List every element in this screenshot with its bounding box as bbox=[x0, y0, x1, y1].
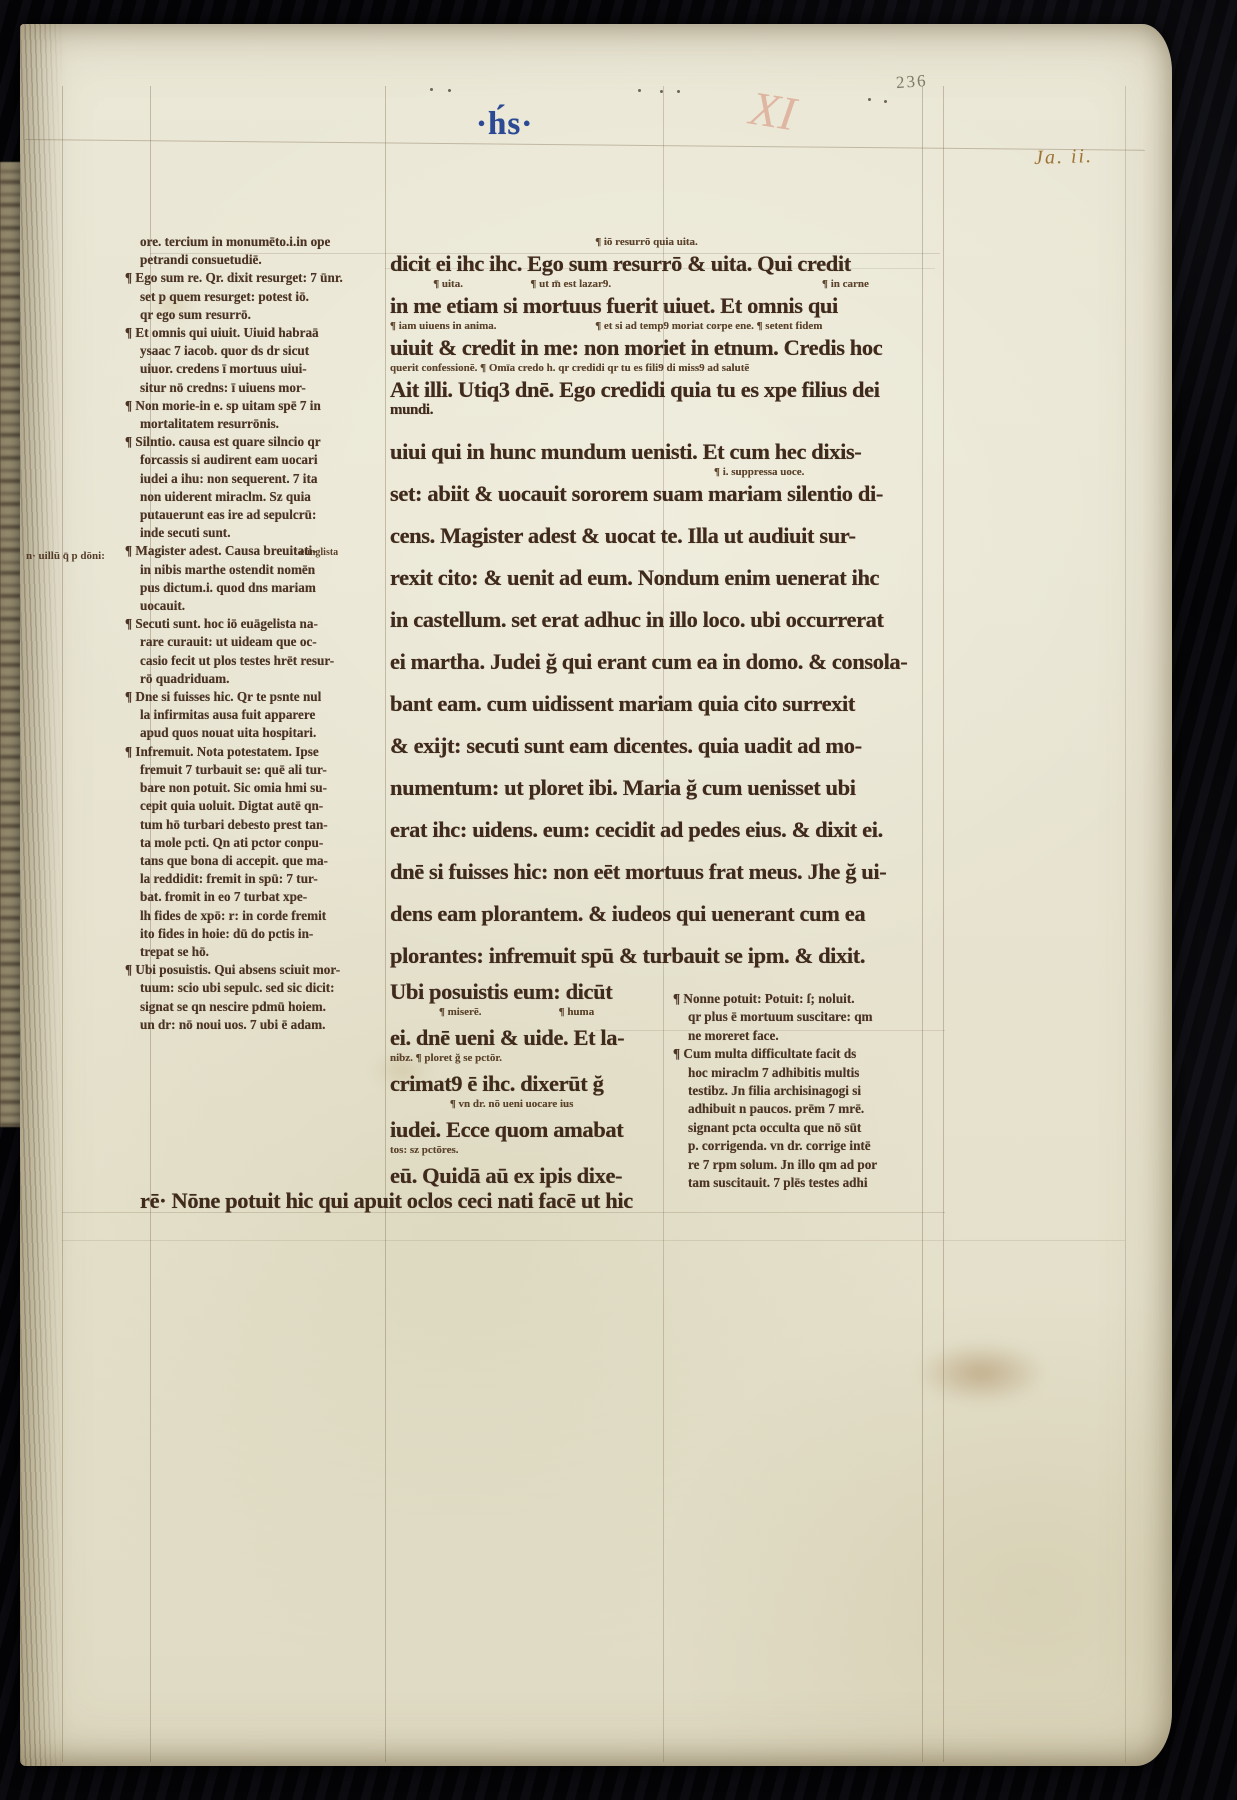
text-line: plorantes: infremuit spū & turbauit se i… bbox=[390, 943, 865, 969]
text-row: Ubi posuistis eum: dicūt bbox=[390, 972, 662, 1006]
quire-numeral-red: XI bbox=[746, 81, 799, 142]
main-text-narrow-column: Ubi posuistis eum: dicūt¶ miserē.¶ humae… bbox=[390, 972, 662, 1190]
ruling-vertical bbox=[943, 86, 944, 1762]
text-row: bant eam. cum uidissent mariam quia cito… bbox=[390, 676, 930, 718]
manuscript-line: ¶ Secuti sunt. hoc iō euāgelista na- bbox=[140, 615, 398, 633]
text-line: mundi. bbox=[390, 397, 433, 423]
ihs-monogram: ·h́s· bbox=[476, 106, 533, 143]
manuscript-line: adhibuit n paucos. prēm 7 mrē. bbox=[688, 1100, 940, 1118]
text-row: dens eam plorantem. & iudeos qui ueneran… bbox=[390, 886, 930, 928]
ruling-vertical bbox=[62, 86, 63, 1762]
manuscript-line: signat se qn nescire pdmū hoiem. bbox=[140, 998, 398, 1016]
interlinear-gloss: ¶ iam uiuens in anima.¶ et si ad temp9 m… bbox=[390, 320, 930, 334]
text-line: rexit cito: & uenit ad eum. Nondum enim … bbox=[390, 565, 879, 591]
manuscript-line: set p quem resurget: potest iō. bbox=[140, 288, 398, 306]
folio-number-pencil: 236 bbox=[895, 71, 928, 93]
manuscript-line: ta mole pcti. Qn ati pctor conpu- bbox=[140, 834, 398, 852]
text-line: eū. Quidā aū ex ipis dixe- bbox=[390, 1163, 622, 1189]
interlinear-gloss: ¶ miserē.¶ huma bbox=[390, 1006, 662, 1020]
text-row: erat ihc: uidens. eum: cecidit ad pedes … bbox=[390, 802, 930, 844]
manuscript-line: ¶ Dne si fuisses hic. Qr te psnte nul bbox=[140, 688, 398, 706]
right-gloss-column: ¶ Nonne potuit: Potuit: ſ; noluit.qr plu… bbox=[688, 990, 940, 1192]
gloss-segment: ¶ iō resurrō quia uita. bbox=[595, 236, 698, 248]
manuscript-line: inde secuti sunt. bbox=[140, 524, 398, 542]
manuscript-line: rare curauit: ut uideam que oc- bbox=[140, 633, 398, 651]
manuscript-line: bat. fromit in eo 7 turbat xpe- bbox=[140, 888, 398, 906]
text-row: ¶ i. suppressa uoce.set: abiit & uocauit… bbox=[390, 466, 930, 508]
pricking-dot bbox=[677, 90, 680, 93]
gloss-segment: querit confessionē. ¶ Omīa credo h. qr c… bbox=[390, 362, 749, 374]
text-line: dnē si fuisses hic: non eēt mortuus frat… bbox=[390, 859, 886, 885]
gloss-segment: ¶ i. suppressa uoce. bbox=[714, 466, 804, 478]
text-row: in castellum. set erat adhuc in illo loc… bbox=[390, 592, 930, 634]
text-line: Ubi posuistis eum: dicūt bbox=[390, 979, 612, 1005]
manuscript-line: ¶ Magister adest. Causa breuitati- bbox=[140, 542, 398, 560]
pricking-dot bbox=[638, 89, 641, 92]
text-line: ei. dnē ueni & uide. Et la- bbox=[390, 1025, 624, 1051]
gloss-segment: ¶ miserē. bbox=[439, 1006, 482, 1018]
text-line: iudei. Ecce quom amabat bbox=[390, 1117, 623, 1143]
text-row: plorantes: infremuit spū & turbauit se i… bbox=[390, 928, 930, 970]
text-line: uiui qui in hunc mundum uenisti. Et cum … bbox=[390, 439, 861, 465]
manuscript-line: situr nō credns: ī uiuens mor- bbox=[140, 379, 398, 397]
manuscript-line: mortalitatem resurrōnis. bbox=[140, 415, 398, 433]
manuscript-line: petrandi consuetudiē. bbox=[140, 251, 398, 269]
manuscript-line: la reddidit: fremit in spū: 7 tur- bbox=[140, 870, 398, 888]
manuscript-line: un dr: nō noui uos. 7 ubi ē adam. bbox=[140, 1016, 398, 1034]
manuscript-line: ne moreret face. bbox=[688, 1027, 940, 1045]
interlinear-gloss: querit confessionē. ¶ Omīa credo h. qr c… bbox=[390, 362, 930, 376]
manuscript-line: uiuor. credens ī mortuus uiui- bbox=[140, 360, 398, 378]
marginal-note: n· uillū q̄ p dōni: bbox=[26, 550, 105, 562]
text-line: numentum: ut ploret ibi. Maria ğ cum uen… bbox=[390, 775, 856, 801]
gloss-segment: ¶ ut m̄ est lazar9. bbox=[530, 278, 611, 290]
manuscript-line: ¶ Et omnis qui uiuit. Uiuid habraā bbox=[140, 324, 398, 342]
pricking-dot bbox=[868, 98, 871, 101]
manuscript-line: lh fides de xpō: r: in corde fremit bbox=[140, 907, 398, 925]
text-row: cens. Magister adest & uocat te. Illa ut… bbox=[390, 508, 930, 550]
text-row: querit confessionē. ¶ Omīa credo h. qr c… bbox=[390, 362, 930, 404]
text-row: ei martha. Judei ğ qui erant cum ea in d… bbox=[390, 634, 930, 676]
manuscript-line: ¶ Ego sum re. Qr. dixit resurget: 7 ūnr. bbox=[140, 269, 398, 287]
manuscript-line: tuum: scio ubi sepulc. sed sic dicit: bbox=[140, 979, 398, 997]
manuscript-line: p. corrigenda. vn dr. corrige intē bbox=[688, 1137, 940, 1155]
manuscript-line: ¶ Infremuit. Nota potestatem. Ipse bbox=[140, 743, 398, 761]
manuscript-line: cepit quia uoluit. Digtat autē qn- bbox=[140, 797, 398, 815]
manuscript-line: tam suscitauit. 7 plēs testes adhi bbox=[688, 1174, 940, 1192]
text-row: & exijt: secuti sunt eam dicentes. quia … bbox=[390, 718, 930, 760]
manuscript-line: la infirmitas ausa fuit apparere bbox=[140, 706, 398, 724]
manuscript-line: re 7 rpm solum. Jn illo qm ad por bbox=[688, 1156, 940, 1174]
manuscript-line: bare non potuit. Sic omia hmi su- bbox=[140, 779, 398, 797]
manuscript-line: ysaac 7 iacob. quor ds dr sicut bbox=[140, 342, 398, 360]
text-line: cens. Magister adest & uocat te. Illa ut… bbox=[390, 523, 856, 549]
interlinear-gloss: ¶ iō resurrō quia uita. bbox=[390, 236, 930, 250]
manuscript-line: ¶ Ubi posuistis. Qui absens sciuit mor- bbox=[140, 961, 398, 979]
gloss-segment: tos: sz pctōres. bbox=[390, 1144, 459, 1156]
gloss-segment: ¶ in carne bbox=[822, 278, 869, 290]
gloss-segment: ¶ vn dr. nō ueni uocare ius bbox=[450, 1098, 574, 1110]
manuscript-line: putauerunt eas ire ad sepulcrū: bbox=[140, 506, 398, 524]
interlinear-gloss: nibz. ¶ ploret ğ se pctōr. bbox=[390, 1052, 662, 1066]
gloss-segment: nibz. ¶ ploret ğ se pctōr. bbox=[390, 1052, 502, 1064]
text-line: Ait illi. Utiq3 dnē. Ego credidi quia tu… bbox=[390, 377, 880, 403]
pricking-dot bbox=[660, 90, 663, 93]
manuscript-line: trepat se hō. bbox=[140, 943, 398, 961]
manuscript-line: uocauit. bbox=[140, 597, 398, 615]
text-row: ¶ uita.¶ ut m̄ est lazar9.¶ in carnein m… bbox=[390, 278, 930, 320]
manuscript-line: tum hō turbari debesto prest tan- bbox=[140, 816, 398, 834]
gutter-page-edges bbox=[20, 24, 64, 1766]
text-line: ei martha. Judei ğ qui erant cum ea in d… bbox=[390, 649, 907, 675]
interlinear-gloss: tos: sz pctōres. bbox=[390, 1144, 662, 1158]
manuscript-line: rō quadriduam. bbox=[140, 670, 398, 688]
text-row: mundi. bbox=[390, 404, 930, 424]
interlinear-gloss: ¶ uita.¶ ut m̄ est lazar9.¶ in carne bbox=[390, 278, 930, 292]
gloss-segment: ¶ huma bbox=[559, 1006, 595, 1018]
ruling-vertical bbox=[1125, 86, 1126, 1762]
manuscript-line: signant pcta occulta que nō sūt bbox=[688, 1119, 940, 1137]
left-gloss-column: ore. tercium in monumēto.i.in opepetrand… bbox=[140, 233, 398, 1034]
text-line: bant eam. cum uidissent mariam quia cito… bbox=[390, 691, 855, 717]
manuscript-line: non uiderent miraclm. Sz quia bbox=[140, 488, 398, 506]
manuscript-line: ¶ Cum multa difficultate facit ds bbox=[688, 1045, 940, 1063]
pricking-dot bbox=[884, 100, 887, 103]
manuscript-line: casio fecit ut plos testes hrēt resur- bbox=[140, 652, 398, 670]
manuscript-line: ¶ Nonne potuit: Potuit: ſ; noluit. bbox=[688, 990, 940, 1008]
text-row: ¶ iam uiuens in anima.¶ et si ad temp9 m… bbox=[390, 320, 930, 362]
manuscript-line: hoc miraclm 7 adhibitis multis bbox=[688, 1064, 940, 1082]
manuscript-line: qr plus ē mortuum suscitare: qm bbox=[688, 1008, 940, 1026]
manuscript-line: fremuit 7 turbauit se: quē ali tur- bbox=[140, 761, 398, 779]
text-line: & exijt: secuti sunt eam dicentes. quia … bbox=[390, 733, 862, 759]
gloss-segment: ¶ et si ad temp9 moriat corpe ene. ¶ set… bbox=[595, 320, 822, 332]
manuscript-line: forcassis si audirent eam uocari bbox=[140, 451, 398, 469]
manuscript-line: pus dictum.i. quod dns mariam bbox=[140, 579, 398, 597]
text-line: set: abiit & uocauit sororem suam mariam… bbox=[390, 481, 883, 507]
manuscript-line: qr ego sum resurrō. bbox=[140, 306, 398, 324]
ruling-horizontal bbox=[62, 1240, 1125, 1241]
manuscript-line: ¶ Silntio. causa est quare silncio qr bbox=[140, 433, 398, 451]
text-line: crimat9 ē ihc. dixerūt ğ bbox=[390, 1071, 603, 1097]
text-row: dnē si fuisses hic: non eēt mortuus frat… bbox=[390, 844, 930, 886]
pricking-dot bbox=[430, 88, 433, 91]
text-row: uiui qui in hunc mundum uenisti. Et cum … bbox=[390, 424, 930, 466]
manuscript-line: in nibis marthe ostendit nomēn bbox=[140, 561, 398, 579]
header-reference-note: Ja. ii. bbox=[1034, 145, 1094, 170]
manuscript-line: apud quos nouat uita hospitari. bbox=[140, 724, 398, 742]
text-line: dicit ei ihc ihc. Ego sum resurrō & uita… bbox=[390, 251, 851, 277]
gloss-segment: ¶ iam uiuens in anima. bbox=[390, 320, 497, 332]
text-row: nibz. ¶ ploret ğ se pctōr.crimat9 ē ihc.… bbox=[390, 1052, 662, 1098]
pricking-dot bbox=[448, 89, 451, 92]
manuscript-line: ¶ Non morie-in e. sp uitam spē 7 in bbox=[140, 397, 398, 415]
text-row: ¶ iō resurrō quia uita.dicit ei ihc ihc.… bbox=[390, 236, 930, 278]
text-line: in me etiam si mortuus fuerit uiuet. Et … bbox=[390, 293, 838, 319]
text-row: ¶ miserē.¶ humaei. dnē ueni & uide. Et l… bbox=[390, 1006, 662, 1052]
parchment-stain bbox=[916, 1342, 1046, 1404]
text-row: tos: sz pctōres.eū. Quidā aū ex ipis dix… bbox=[390, 1144, 662, 1190]
text-row: ¶ vn dr. nō ueni uocare iusiudei. Ecce q… bbox=[390, 1098, 662, 1144]
text-line: uiuit & credit in me: non moriet in etnu… bbox=[390, 335, 882, 361]
text-line: erat ihc: uidens. eum: cecidit ad pedes … bbox=[390, 817, 883, 843]
manuscript-line: ore. tercium in monumēto.i.in ope bbox=[140, 233, 398, 251]
gloss-segment: ¶ uita. bbox=[433, 278, 463, 290]
main-text-column: ¶ iō resurrō quia uita.dicit ei ihc ihc.… bbox=[390, 236, 930, 970]
text-line: dens eam plorantem. & iudeos qui ueneran… bbox=[390, 901, 865, 927]
interlinear-gloss: ¶ i. suppressa uoce. bbox=[390, 466, 930, 480]
text-row: numentum: ut ploret ibi. Maria ğ cum uen… bbox=[390, 760, 930, 802]
manuscript-photo: ·h́s· 236 XI Ja. ii. n· uillū q̄ p dōni:… bbox=[0, 0, 1237, 1800]
manuscript-line: tans que bona di accepit. que ma- bbox=[140, 852, 398, 870]
manuscript-line: iudei a ihu: non sequerent. 7 ita bbox=[140, 470, 398, 488]
interlinear-gloss: ¶ vn dr. nō ueni uocare ius bbox=[390, 1098, 662, 1112]
manuscript-line: ito fides in hoie: dū do pctis in- bbox=[140, 925, 398, 943]
text-line: in castellum. set erat adhuc in illo loc… bbox=[390, 607, 884, 633]
manuscript-line: testibz. Jn filia archisinagogi si bbox=[688, 1082, 940, 1100]
text-row: rexit cito: & uenit ad eum. Nondum enim … bbox=[390, 550, 930, 592]
